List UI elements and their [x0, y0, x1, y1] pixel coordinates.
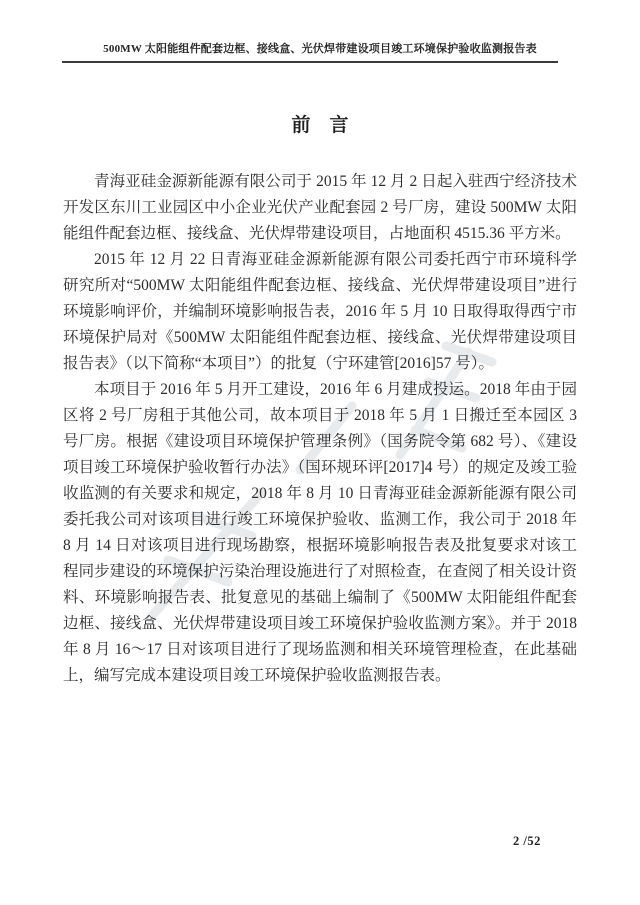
paragraph-3: 本项目于 2016 年 5 月开工建设，2016 年 6 月建成投运。2018 … [63, 377, 577, 689]
running-header: 500MW 太阳能组件配套边框、接线盒、光伏焊带建设项目竣工环境保护验收监测报告… [0, 40, 640, 56]
header-rule [62, 61, 558, 63]
page-number: 2 /52 [513, 834, 541, 849]
paragraph-1: 青海亚硅金源新能源有限公司于 2015 年 12 月 2 日起入驻西宁经济技术开… [63, 169, 577, 247]
body-text: 青海亚硅金源新能源有限公司于 2015 年 12 月 2 日起入驻西宁经济技术开… [63, 169, 577, 689]
paragraph-2: 2015 年 12 月 22 日青海亚硅金源新能源有限公司委托西宁市环境科学研究… [63, 247, 577, 377]
document-page: 500MW 太阳能组件配套边框、接线盒、光伏焊带建设项目竣工环境保护验收监测报告… [0, 0, 640, 905]
page-title: 前 言 [0, 110, 640, 137]
